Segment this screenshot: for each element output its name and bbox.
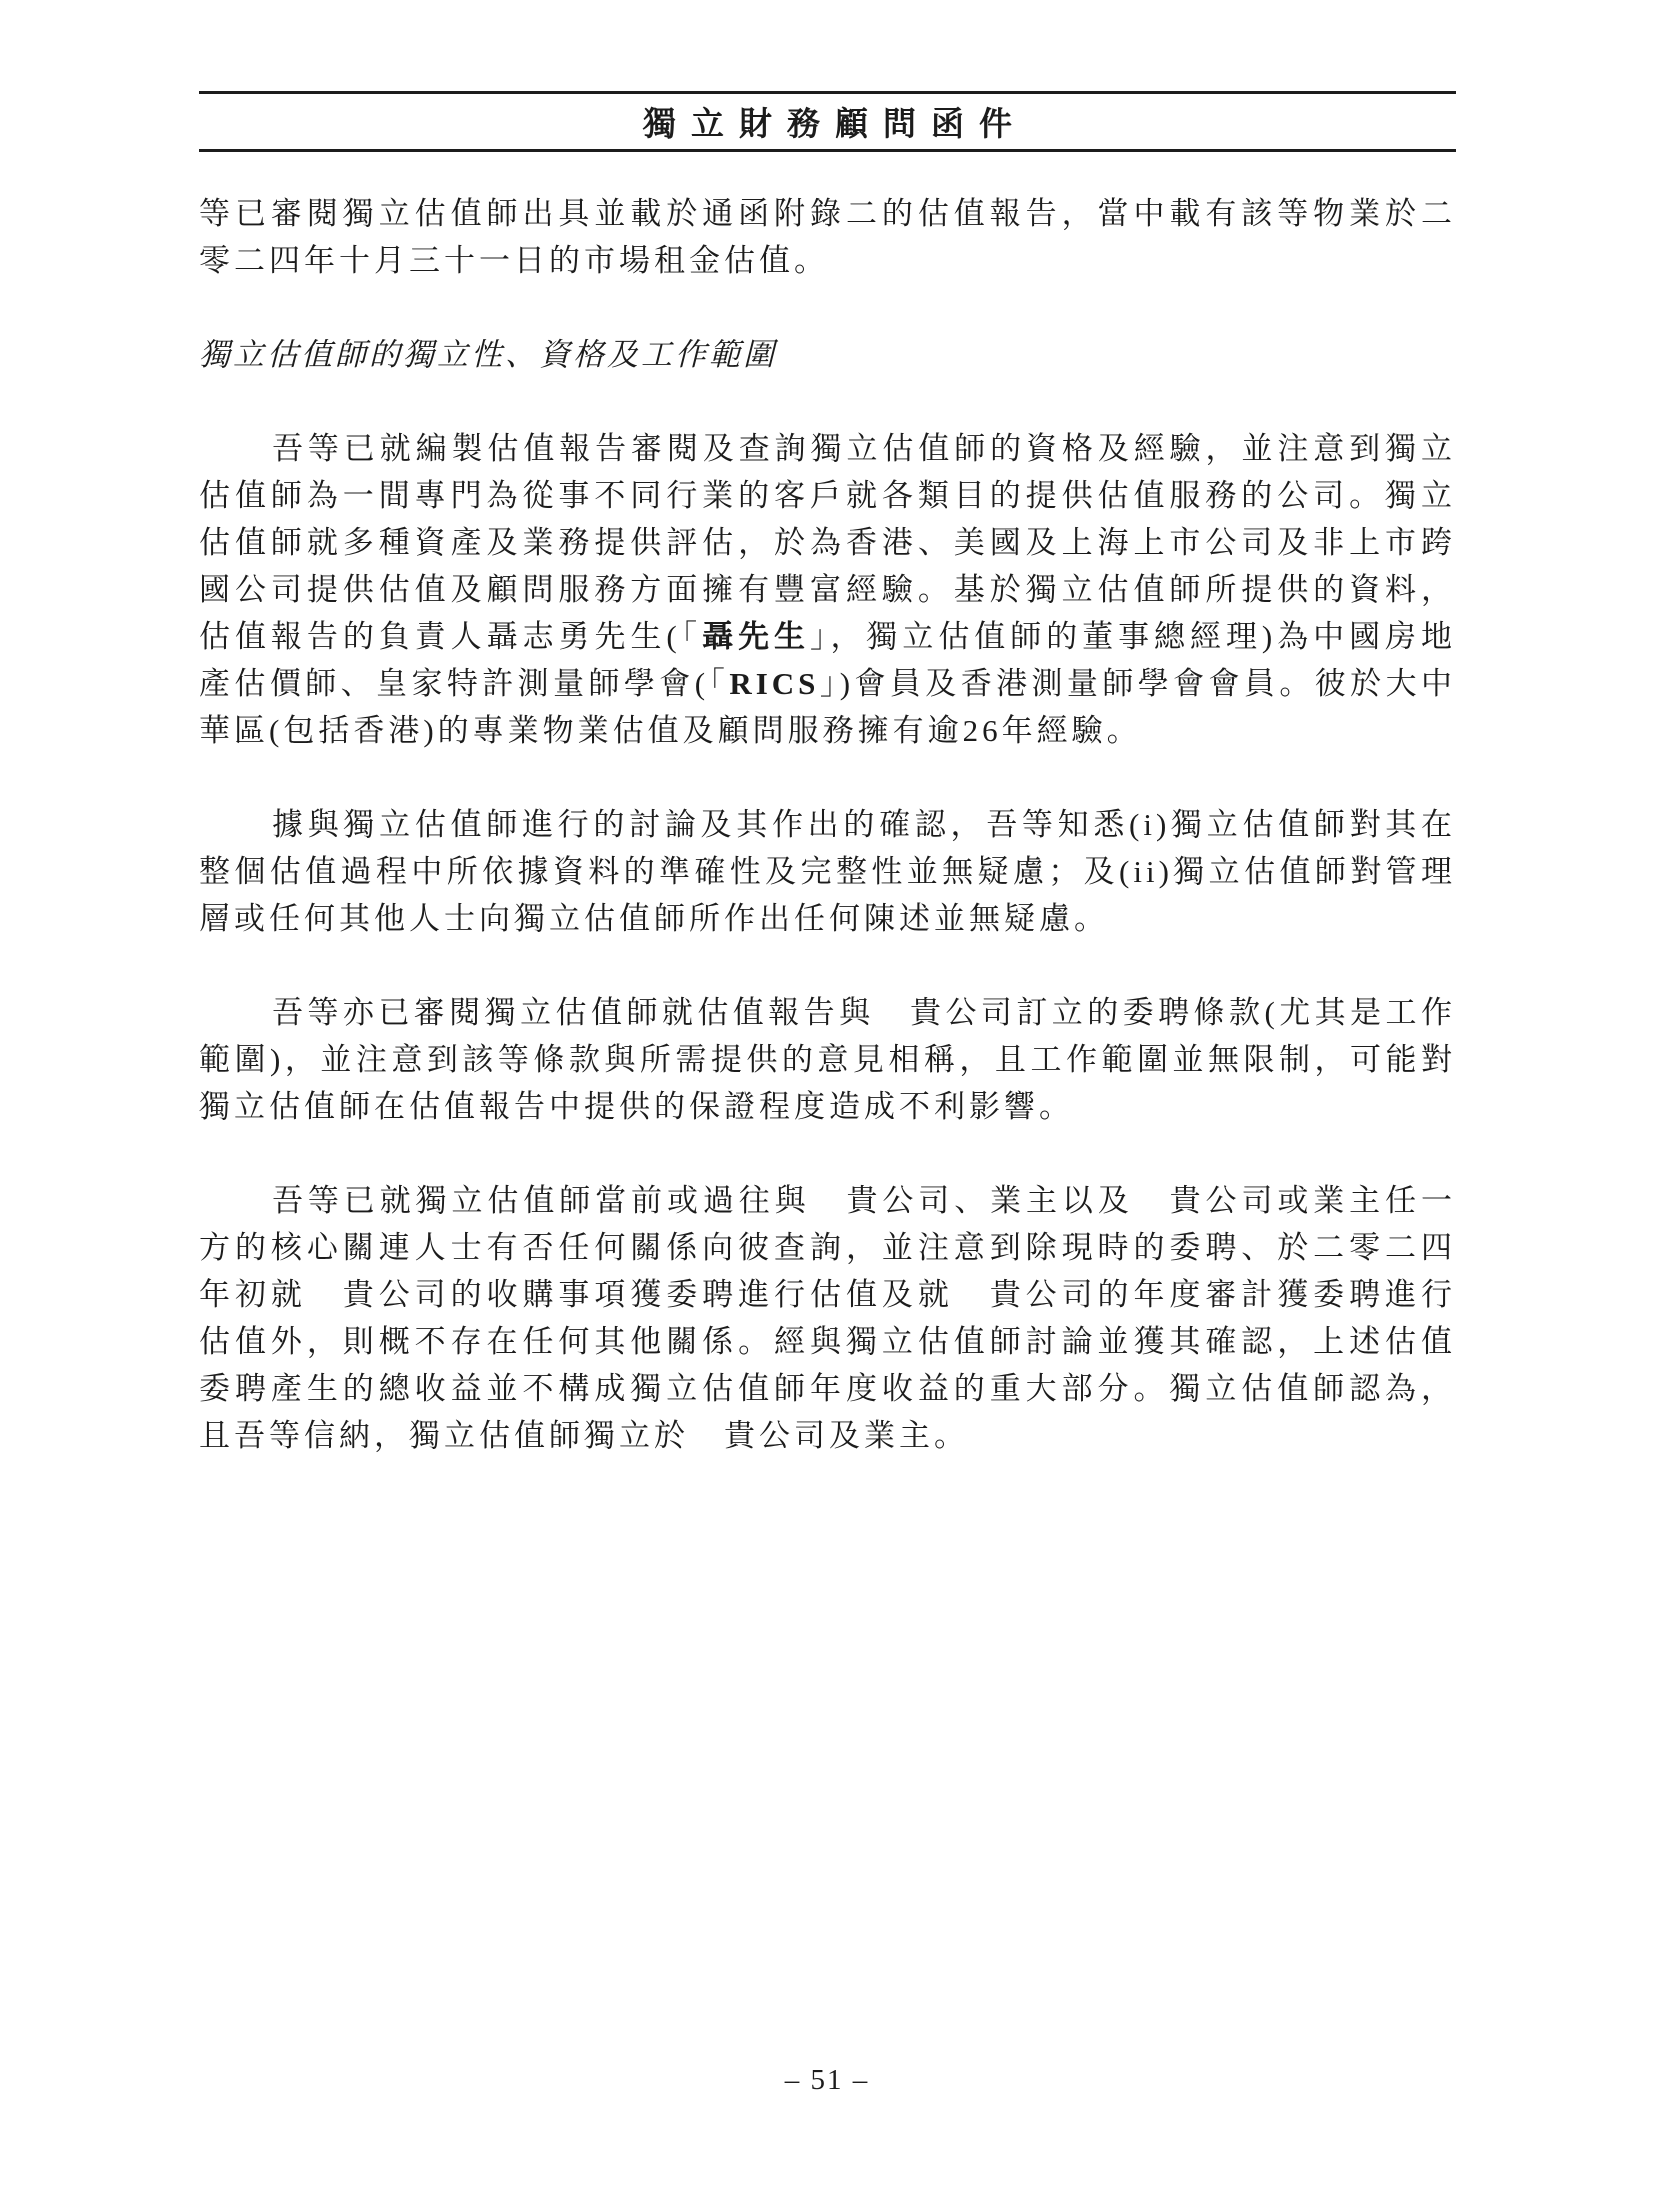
page-number: – 51 – — [0, 2064, 1654, 2097]
page-header: 獨立財務顧問函件 — [199, 91, 1456, 152]
paragraph-engagement-terms: 吾等亦已審閱獨立估值師就估值報告與 貴公司訂立的委聘條款(尤其是工作範圍)，並注… — [199, 989, 1456, 1130]
paragraph-valuer-confirmation: 據與獨立估值師進行的討論及其作出的確認，吾等知悉(i)獨立估值師對其在整個估值過… — [199, 801, 1456, 942]
paragraph-valuer-qualifications: 吾等已就編製估值報告審閱及查詢獨立估值師的資格及經驗，並注意到獨立估值師為一間專… — [199, 425, 1456, 754]
paragraph-continuation: 等已審閱獨立估值師出具並載於通函附錄二的估值報告，當中載有該等物業於二零二四年十… — [199, 190, 1456, 284]
paragraph-independence: 吾等已就獨立估值師當前或過往與 貴公司、業主以及 貴公司或業主任一方的核心關連人… — [199, 1177, 1456, 1459]
page-title: 獨立財務顧問函件 — [628, 98, 1027, 145]
section-heading: 獨立估值師的獨立性、資格及工作範圍 — [199, 331, 1456, 378]
letter-body: 等已審閱獨立估值師出具並載於通函附錄二的估值報告，當中載有該等物業於二零二四年十… — [199, 190, 1456, 1506]
